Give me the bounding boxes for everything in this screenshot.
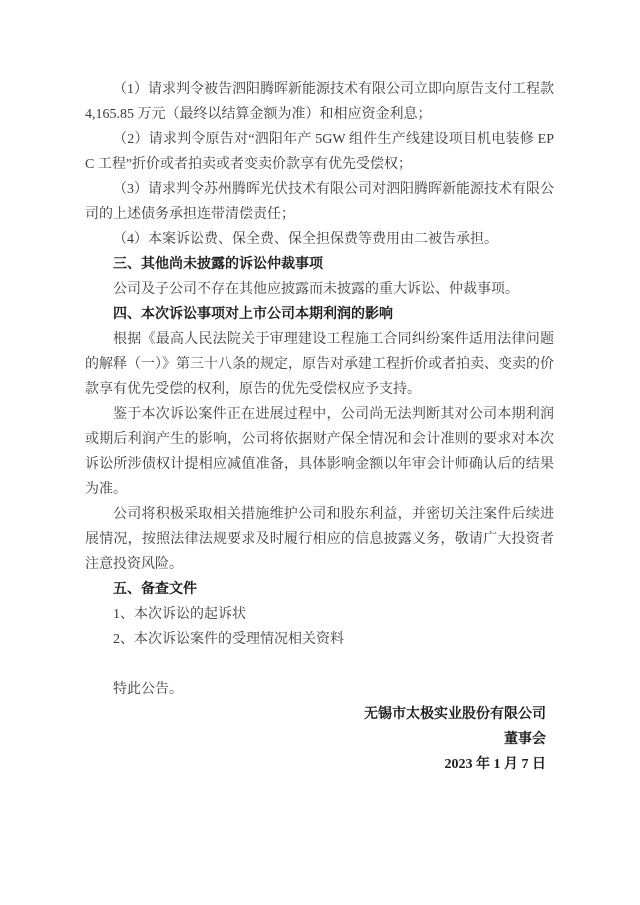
signature-company-name: 无锡市太极实业股份有限公司 xyxy=(85,702,546,727)
section-heading-5: 五、备查文件 xyxy=(85,577,554,602)
reference-document-item-1: 1、本次诉讼的起诉状 xyxy=(85,602,554,627)
section-heading-3: 三、其他尚未披露的诉讼仲裁事项 xyxy=(85,252,554,277)
section-4-paragraph-1: 根据《最高人民法院关于审理建设工程施工合同纠纷案件适用法律问题的解释（一）》第三… xyxy=(85,327,554,402)
section-4-paragraph-2: 鉴于本次诉讼案件正在进展过程中，公司尚无法判断其对公司本期利润或期后利润产生的影… xyxy=(85,402,554,502)
section-4-paragraph-3: 公司将积极采取相关措施维护公司和股东利益，并密切关注案件后续进展情况，按照法律法… xyxy=(85,502,554,577)
claim-paragraph-1: （1）请求判令被告泗阳腾晖新能源技术有限公司立即向原告支付工程款 4,165.8… xyxy=(85,77,554,127)
claim-paragraph-4: （4）本案诉讼费、保全费、保全担保费等费用由二被告承担。 xyxy=(85,227,554,252)
closing-statement: 特此公告。 xyxy=(85,677,554,702)
signature-board: 董事会 xyxy=(85,727,546,752)
claim-paragraph-2: （2）请求判令原告对“泗阳年产 5GW 组件生产线建设项目机电装修 EPC 工程… xyxy=(85,127,554,177)
reference-document-item-2: 2、本次诉讼案件的受理情况相关资料 xyxy=(85,627,554,652)
section-3-body: 公司及子公司不存在其他应披露而未披露的重大诉讼、仲裁事项。 xyxy=(85,277,554,302)
signature-block: 无锡市太极实业股份有限公司 董事会 2023 年 1 月 7 日 xyxy=(85,702,554,777)
claim-paragraph-3: （3）请求判令苏州腾晖光伏技术有限公司对泗阳腾晖新能源技术有限公司的上述债务承担… xyxy=(85,177,554,227)
section-heading-4: 四、本次诉讼事项对上市公司本期利润的影响 xyxy=(85,302,554,327)
signature-date: 2023 年 1 月 7 日 xyxy=(85,752,546,777)
document-page: （1）请求判令被告泗阳腾晖新能源技术有限公司立即向原告支付工程款 4,165.8… xyxy=(0,0,640,905)
